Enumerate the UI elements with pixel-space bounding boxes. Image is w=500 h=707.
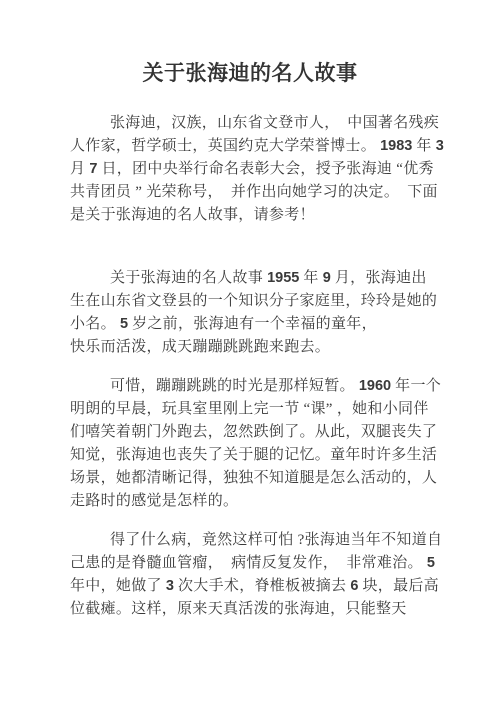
text-line: 走路时的感觉是怎样的。: [70, 490, 444, 513]
paragraph-illness: 得了什么病，竟然这样可怕 ?张海迪当年不知道自 己患的是脊髓血管瘤， 病情反复发…: [70, 529, 444, 621]
text-line: 月 7 日，团中央举行命名表彰大会，授予张海迪 “优秀: [70, 158, 444, 181]
text-line: 己患的是脊髓血管瘤， 病情反复发作， 非常难治。 5: [70, 552, 444, 575]
document-title: 关于张海迪的名人故事: [0, 0, 500, 88]
text-line: 人作家，哲学硕士，英国约克大学荣誉博士。 1983 年 3: [70, 135, 444, 158]
text-line: 小名。 5 岁之前，张海迪有一个幸福的童年，: [70, 313, 444, 336]
document-body: 张海迪，汉族，山东省文登市人， 中国著名残疾 人作家，哲学硕士，英国约克大学荣誉…: [0, 88, 500, 621]
paragraph-accident: 可惜，蹦蹦跳跳的时光是那样短暂。 1960 年一个 明朗的早晨，玩具室里刚上完一…: [70, 375, 444, 513]
text-line: 们嘻笑着朝门外跑去，忽然跌倒了。从此，双腿丧失了: [70, 421, 444, 444]
text-line: 快乐而活泼，成天蹦蹦跳跳跑来跑去。: [70, 336, 444, 359]
text-line: 年中，她做了 3 次大手术，脊椎板被摘去 6 块，最后高: [70, 575, 444, 598]
text-line: 场景，她都清晰记得，独独不知道腿是怎么活动的，人: [70, 467, 444, 490]
text-line: 共青团员 ” 光荣称号， 并作出向她学习的决定。 下面: [70, 181, 444, 204]
text-line: 知觉，张海迪也丧失了关于腿的记忆。童年时许多生活: [70, 444, 444, 467]
document-page: 关于张海迪的名人故事 张海迪，汉族，山东省文登市人， 中国著名残疾 人作家，哲学…: [0, 0, 500, 707]
text-line: 生在山东省文登县的一个知识分子家庭里，玲玲是她的: [70, 290, 444, 313]
text-line: 位截瘫。这样，原来天真活泼的张海迪，只能整天: [70, 598, 444, 621]
paragraph-intro: 张海迪，汉族，山东省文登市人， 中国著名残疾 人作家，哲学硕士，英国约克大学荣誉…: [70, 112, 444, 227]
text-line: 明朗的早晨，玩具室里刚上完一节 “课” ，她和小同伴: [70, 398, 444, 421]
text-line: 得了什么病，竟然这样可怕 ?张海迪当年不知道自: [70, 529, 444, 552]
paragraph-birth: 关于张海迪的名人故事 1955 年 9 月，张海迪出 生在山东省文登县的一个知识…: [70, 267, 444, 359]
text-line: 是关于张海迪的名人故事，请参考！: [70, 204, 444, 227]
text-line: 张海迪，汉族，山东省文登市人， 中国著名残疾: [70, 112, 444, 135]
text-line: 关于张海迪的名人故事 1955 年 9 月，张海迪出: [70, 267, 444, 290]
text-line: 可惜，蹦蹦跳跳的时光是那样短暂。 1960 年一个: [70, 375, 444, 398]
